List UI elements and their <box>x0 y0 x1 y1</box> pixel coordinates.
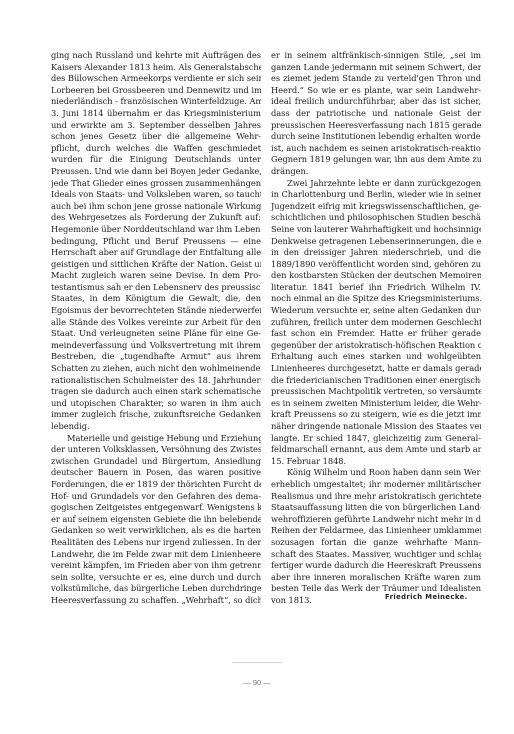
text-line: näher dringende nationale Mission des St… <box>271 421 481 433</box>
page-number: — 90 — <box>0 678 514 687</box>
text-line: fertiger wurde dadurch die Heereskraft P… <box>271 560 481 572</box>
text-line: jede That Glieder eines grossen zusammen… <box>51 178 261 190</box>
text-line: wehroffizieren geführte Landwehr nicht m… <box>271 514 481 526</box>
text-line: sozusagen fortan die ganze wehrhafte Man… <box>271 537 481 549</box>
text-line: Macht zugleich waren seine Devise. In de… <box>51 270 261 282</box>
text-line: der unteren Volksklassen, Versöhnung des… <box>51 444 261 456</box>
text-line: Reihen der Feldarmee, das Linienheer umk… <box>271 525 481 537</box>
text-line: Gedanken so weit verwirklichen, als es d… <box>51 525 261 537</box>
text-line: noch einmal an die Spitze des Kriegsmini… <box>271 293 481 305</box>
text-line: erheblich umgestaltet; ihr moderner mili… <box>271 479 481 491</box>
text-line: tragen sie dadurch auch einen stark sche… <box>51 386 261 398</box>
text-line: volkstümliche, das bürgerliche Leben dur… <box>51 583 261 595</box>
text-line: in Charlottenburg und Berlin, wieder wie… <box>271 189 481 201</box>
text-line: dass der patriotische und nationale Geis… <box>271 108 481 120</box>
text-line: Heerd.“ So wie er es plante, war sein La… <box>271 85 481 97</box>
text-line: ideal freilich undurchführbar, aber das … <box>271 96 481 108</box>
text-line: den kostbarsten Stücken der deutschen Me… <box>271 270 481 282</box>
text-line: in den dreissiger Jahren niederschrieb, … <box>271 247 481 259</box>
text-line: bedingung, Pflicht und Beruf Preussens —… <box>51 236 261 248</box>
left-text-column: ging nach Russland und kehrte mit Aufträ… <box>51 50 261 607</box>
text-line: Hof- und Grundadels vor den Gefahren des… <box>51 491 261 503</box>
text-line: kraft Preussens so zu steigern, wie es d… <box>271 409 481 421</box>
text-line: preussischen Heeresverfassung nach 1815 … <box>271 120 481 132</box>
text-line: Landwehr, die im Felde zwar mit dem Lini… <box>51 549 261 561</box>
text-line: des Wehrgesetzes als Forderung der Zukun… <box>51 212 261 224</box>
text-line: Schatten zu ziehen, auch nicht den wohlm… <box>51 363 261 375</box>
text-line: Egoismus der bevorrechteten Stände niede… <box>51 305 261 317</box>
text-line: aber ihre inneren moralischen Kräfte war… <box>271 572 481 584</box>
text-line: niederländisch - französischen Winterfel… <box>51 96 261 108</box>
text-line: 15. Februar 1848. <box>271 456 481 468</box>
text-line: Hegemonie über Norddeutschland war ihm L… <box>51 224 261 236</box>
text-line: feldmarschall ernannt, aus dem Amte und … <box>271 444 481 456</box>
decorative-rule <box>232 662 282 663</box>
text-line: Forderungen, die er 1819 der thörichten … <box>51 479 261 491</box>
text-line: Ideals von Staats- und Volksleben waren,… <box>51 189 261 201</box>
text-line: Heeresverfassung zu schaffen. „Wehrhaft“… <box>51 595 261 607</box>
text-line: und erwirkte am 3. September desselben J… <box>51 120 261 132</box>
text-line: pflicht, durch welches die Waffen geschm… <box>51 143 261 155</box>
text-line: gegenüber der aristokratisch-höfischen R… <box>271 340 481 352</box>
text-line: zwischen Grundadel und Bürgertum, Ansied… <box>51 456 261 468</box>
text-line: des Bülowschen Armeekorps verdiente er s… <box>51 73 261 85</box>
text-line: durch seine Institutionen lebendig erhal… <box>271 131 481 143</box>
text-line: er auf seinem eigensten Gebiete die ihn … <box>51 514 261 526</box>
text-line: Realismus und ihre mehr aristokratisch g… <box>271 491 481 503</box>
document-page: ging nach Russland und kehrte mit Aufträ… <box>0 0 514 734</box>
text-line: gogischen Zeitgeistes entgegenwarf. Weni… <box>51 502 261 514</box>
text-line: sein sollte, versuchte er es, eine durch… <box>51 572 261 584</box>
text-line: es ziemet jedem Stande zu verteid'gen Th… <box>271 73 481 85</box>
text-line: Jugendzeit eifrig mit kriegswissenschaft… <box>271 201 481 213</box>
text-line: Staat. Und verleugneten seine Pläne für … <box>51 328 261 340</box>
text-line: ganzen Lande jedermann mit seinem Schwer… <box>271 62 481 74</box>
text-line: König Wilhelm und Roon haben dann sein W… <box>271 467 481 479</box>
text-line: Gegnern 1819 gelungen war, ihn aus dem A… <box>271 154 481 166</box>
text-line: lebendig. <box>51 421 261 433</box>
text-line: drängen. <box>271 166 481 178</box>
right-text-column: er in seinem altfränkisch-sinnigen Stile… <box>271 50 481 607</box>
text-line: Staatsauffassung litten die von bürgerli… <box>271 502 481 514</box>
text-line: und utopischen Charakter, so waren in ih… <box>51 398 261 410</box>
text-line: rationalistischen Schulmeister des 18. J… <box>51 375 261 387</box>
text-line: schaft des Staates. Massiver, wuchtiger … <box>271 549 481 561</box>
text-line: literatur. 1841 berief ihn Friedrich Wil… <box>271 282 481 294</box>
text-line: wurden für die Einigung Deutschlands unt… <box>51 154 261 166</box>
text-line: geistigen und sittlichen Kräfte der Nati… <box>51 259 261 271</box>
text-line: alle Stände des Volkes vereinte zur Arbe… <box>51 317 261 329</box>
text-line: schichtlichen und philosophischen Studie… <box>271 212 481 224</box>
text-line: Preussen. Und wie dann bei Boyen jeder G… <box>51 166 261 178</box>
text-line: er in seinem altfränkisch-sinnigen Stile… <box>271 50 481 62</box>
text-line: testantismus sah er den Lebensnerv des p… <box>51 282 261 294</box>
text-line: Herrschaft aber auf Grundlage der Entfal… <box>51 247 261 259</box>
text-line: meindeverfassung und Volksvertretung mit… <box>51 340 261 352</box>
text-line: 1889/1890 veröffentlicht worden sind, ge… <box>271 259 481 271</box>
text-line: Erhaltung auch eines starken und wohlgeü… <box>271 351 481 363</box>
text-line: Seine von lauterer Wahrhaftigkeit und ho… <box>271 224 481 236</box>
text-line: deutscher Bauern in Posen, das waren pos… <box>51 467 261 479</box>
text-line: Staates, in dem Königtum die Gewalt, die… <box>51 293 261 305</box>
text-line: Zwei Jahrzehnte lebte er dann zurückgezo… <box>271 178 481 190</box>
text-line: auch bei ihm schon jene grosse nationale… <box>51 201 261 213</box>
text-line: Materielle und geistige Hebung und Erzie… <box>51 433 261 445</box>
text-line: Kaisers Alexander 1813 heim. Als General… <box>51 62 261 74</box>
text-line: Linienheeres durchgesetzt, hatte er dama… <box>271 363 481 375</box>
text-line: es in seinem zweiten Ministerium leider,… <box>271 398 481 410</box>
text-line: schon jenes Gesetz über die allgemeine W… <box>51 131 261 143</box>
text-line: Realitäten des Lebens nur irgend zuliess… <box>51 537 261 549</box>
text-line: 3. Juni 1814 übernahm er das Kriegsminis… <box>51 108 261 120</box>
text-line: fast schon ein Fremder. Hatte er früher … <box>271 328 481 340</box>
text-line: langte. Er schied 1847, gleichzeitig zum… <box>271 433 481 445</box>
text-line: immer zugleich frische, zukunftsreiche G… <box>51 409 261 421</box>
text-line: vereint kämpfen, im Frieden aber von ihm… <box>51 560 261 572</box>
text-line: Lorbeeren bei Grossbeeren und Dennewitz … <box>51 85 261 97</box>
text-line: die friedericianischen Traditionen einer… <box>271 375 481 387</box>
text-line: Denkweise getragenen Lebenserinnerungen,… <box>271 236 481 248</box>
text-line: Bestreben, die „tugendhafte Armut“ aus i… <box>51 351 261 363</box>
text-line: Wiederum versuchte er, seine alten Gedan… <box>271 305 481 317</box>
text-line: ist, auch nachdem es seinen aristokratis… <box>271 143 481 155</box>
text-line: zuführen, freilich unter dem modernen Ge… <box>271 317 481 329</box>
text-line: ging nach Russland und kehrte mit Aufträ… <box>51 50 261 62</box>
text-line: preussischen Machtpolitik vertreten, so … <box>271 386 481 398</box>
author-signature: Friedrich Meinecke. <box>385 593 468 601</box>
